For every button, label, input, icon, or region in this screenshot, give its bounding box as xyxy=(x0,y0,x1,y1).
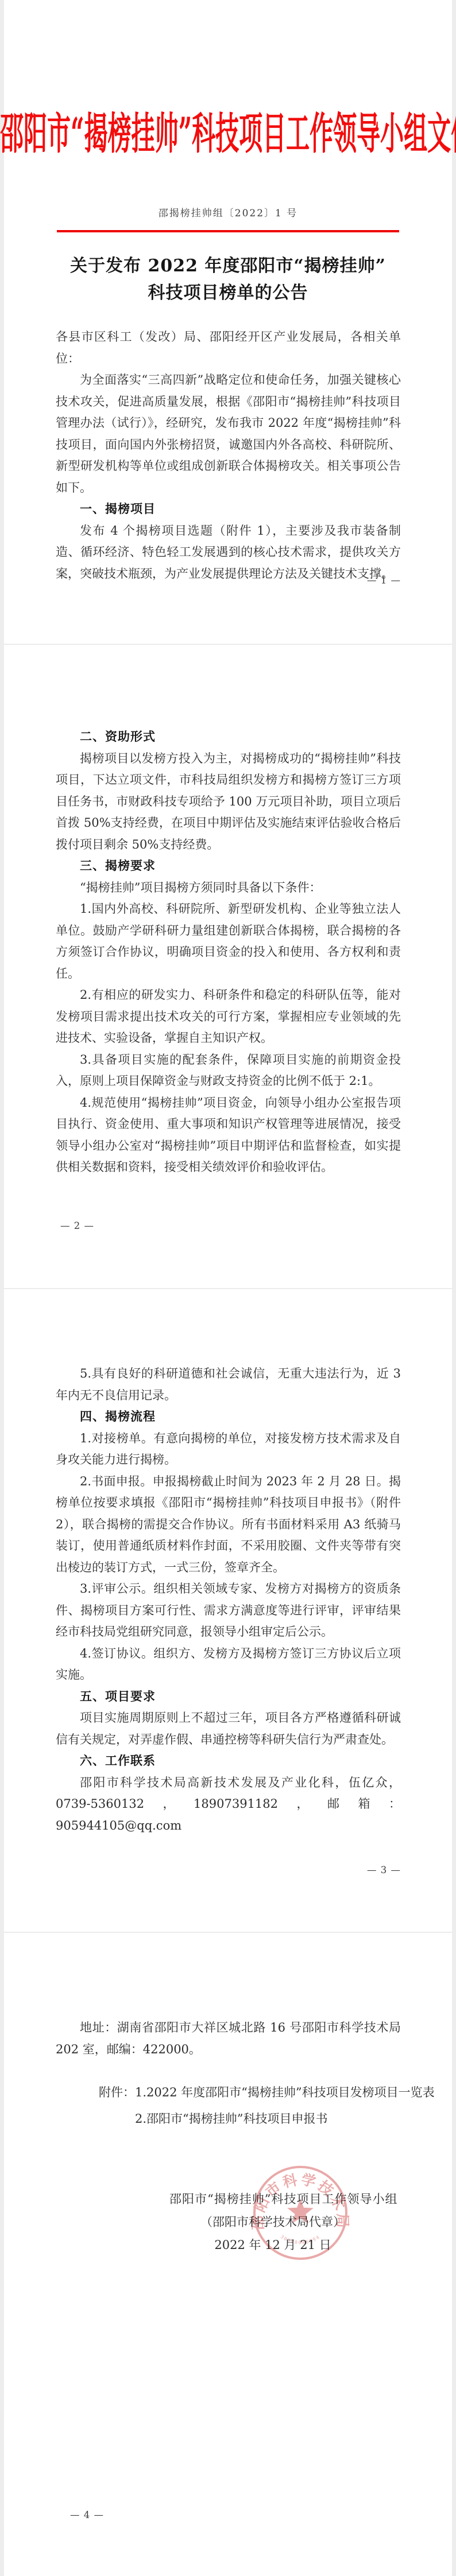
section-heading-4: 四、揭榜流程 xyxy=(56,1406,401,1428)
attachments-list: 1.2022 年度邵阳市“揭榜挂帅”科技项目发榜项目一览表 2.邵阳市“揭榜挂帅… xyxy=(135,2079,435,2132)
scan-right-edge xyxy=(452,0,456,2576)
document-scan: 邵阳市“揭榜挂帅”科技项目工作领导小组文件 邵揭榜挂帅组〔2022〕1 号 关于… xyxy=(0,0,456,2576)
attachments-block: 附件： 1.2022 年度邵阳市“揭榜挂帅”科技项目发榜项目一览表 2.邵阳市“… xyxy=(99,2079,409,2132)
signer-organization: 邵阳市“揭榜挂帅”科技项目工作领导小组 xyxy=(169,2188,376,2211)
contact-paragraph: 邵阳市科学技术局高新技术发展及产业化科，伍亿众，0739-5360132，189… xyxy=(56,1772,401,1837)
section-heading-5: 五、项目要求 xyxy=(56,1686,401,1708)
requirement-item-1: 1.国内外高校、科研院所、新型研发机构、企业等独立法人单位。鼓励产学研科研力量组… xyxy=(56,898,401,985)
signature-block: 邵阳市“揭榜挂帅”科技项目工作领导小组 （邵阳市科学技术局代章） 2022 年 … xyxy=(169,2188,376,2256)
process-step-1: 1.对接榜单。有意向揭榜的单位，对接发榜方技术需求及自身攻关能力进行揭榜。 xyxy=(56,1428,401,1471)
attachments-label: 附件： xyxy=(99,2079,135,2132)
document-number: 邵揭榜挂帅组〔2022〕1 号 xyxy=(0,205,456,219)
requirement-item-4: 4.规范使用“揭榜挂帅”项目资金，向领导小组办公室报告项目执行、资金使用、重大事… xyxy=(56,1092,401,1178)
page-number-3: — 3 — xyxy=(367,1865,401,1875)
page-separator-3-4 xyxy=(4,1932,452,1933)
requirement-item-3: 3.具备项目实施的配套条件，保障项目实施的前期资金投入，原则上项目保障资金与财政… xyxy=(56,1049,401,1092)
projects-paragraph: 发布 4 个揭榜项目选题（附件 1），主要涉及我市装备制造、循环经济、特色轻工发… xyxy=(56,520,401,585)
page-separator-1-2 xyxy=(4,644,452,645)
requirement-item-5: 5.具有良好的科研道德和社会诚信，无重大违法行为，近 3 年内无不良信用记录。 xyxy=(56,1363,401,1406)
section-heading-6: 六、工作联系 xyxy=(56,1750,401,1772)
red-divider-rule xyxy=(57,230,399,232)
salutation-line: 各县市区科工（发改）局、邵阳经开区产业发展局，各相关单位： xyxy=(56,326,401,369)
page-number-4: — 4 — xyxy=(70,2509,104,2520)
signer-on-behalf: （邵阳市科学技术局代章） xyxy=(169,2211,376,2233)
signature-date: 2022 年 12 月 21 日 xyxy=(169,2233,376,2256)
section-heading-1: 一、揭榜项目 xyxy=(56,499,401,520)
address-line: 地址：湖南省邵阳市大祥区城北路 16 号邵阳市科学技术局 202 室，邮编：42… xyxy=(56,2017,401,2060)
announcement-title-line2: 科技项目榜单的公告 xyxy=(0,279,456,306)
page1-body: 各县市区科工（发改）局、邵阳经开区产业发展局，各相关单位： 为全面落实“三高四新… xyxy=(56,326,401,585)
attachment-item-1: 1.2022 年度邵阳市“揭榜挂帅”科技项目发榜项目一览表 xyxy=(135,2079,435,2106)
process-step-4: 4.签订协议。组织方、发榜方及揭榜方签订三方协议后立项实施。 xyxy=(56,1643,401,1686)
page-separator-2-3 xyxy=(4,1288,452,1289)
page4-address-block: 地址：湖南省邵阳市大祥区城北路 16 号邵阳市科学技术局 202 室，邮编：42… xyxy=(56,2017,401,2060)
process-step-3: 3.评审公示。组织相关领域专家、发榜方对揭榜方的资质条件、揭榜项目方案可行性、需… xyxy=(56,1578,401,1643)
project-requirement-paragraph: 项目实施周期原则上不超过三年，项目各方严格遵循科研诚信有关规定，对弄虚作假、串通… xyxy=(56,1707,401,1750)
funding-paragraph: 揭榜项目以发榜方投入为主，对揭榜成功的“揭榜挂帅”科技项目，下达立项文件，市科技… xyxy=(56,748,401,856)
announcement-title-line1: 关于发布 2022 年度邵阳市“揭榜挂帅” xyxy=(0,252,456,279)
page-number-2: — 2 — xyxy=(60,1220,94,1231)
attachment-item-2: 2.邵阳市“揭榜挂帅”科技项目申报书 xyxy=(135,2106,435,2132)
announcement-title: 关于发布 2022 年度邵阳市“揭榜挂帅” 科技项目榜单的公告 xyxy=(0,252,456,306)
red-header-banner-title: 邵阳市“揭榜挂帅”科技项目工作领导小组文件 xyxy=(0,99,456,161)
intro-paragraph: 为全面落实“三高四新”战略定位和使命任务，加强关键核心技术攻关，促进高质量发展，… xyxy=(56,369,401,499)
page3-body: 5.具有良好的科研道德和社会诚信，无重大违法行为，近 3 年内无不良信用记录。 … xyxy=(56,1363,401,1836)
section-heading-2: 二、资助形式 xyxy=(56,726,401,748)
requirements-intro: “揭榜挂帅”项目揭榜方须同时具备以下条件： xyxy=(56,877,401,899)
page-number-1: — 1 — xyxy=(367,575,401,586)
requirement-item-2: 2.有相应的研发实力、科研条件和稳定的科研队伍等，能对发榜项目需求提出技术攻关的… xyxy=(56,985,401,1049)
page2-body: 二、资助形式 揭榜项目以发榜方投入为主，对揭榜成功的“揭榜挂帅”科技项目，下达立… xyxy=(56,726,401,1178)
section-heading-3: 三、揭榜要求 xyxy=(56,855,401,877)
scan-left-edge xyxy=(0,0,4,2576)
process-step-2: 2.书面申报。申报揭榜截止时间为 2023 年 2 月 28 日。揭榜单位按要求… xyxy=(56,1471,401,1579)
